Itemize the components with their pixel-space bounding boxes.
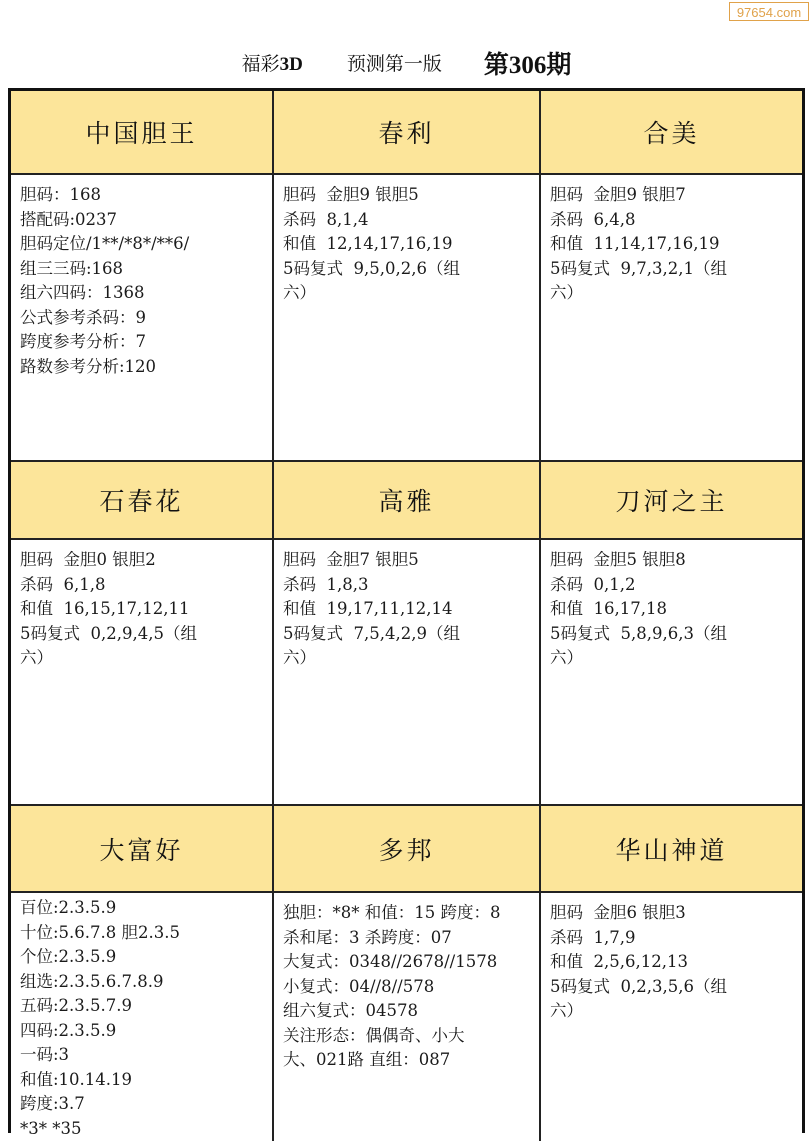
prediction-table: 中国胆王 春利 合美 胆码：168搭配码:0237胆码定位/1**/*8*/**…: [8, 88, 805, 1133]
expert-body: 胆码 金胆5 银胆8杀码 0,1,2和值 16,17,185码复式 5,8,9,…: [541, 540, 802, 806]
prediction-line: 六）: [550, 999, 794, 1024]
prediction-line: 和值 16,17,18: [550, 597, 794, 622]
prediction-line: 大复式：0348//2678//1578: [283, 950, 531, 975]
expert-body: 胆码 金胆9 银胆7杀码 6,4,8和值 11,14,17,16,195码复式 …: [541, 175, 802, 462]
prediction-line: 5码复式 9,7,3,2,1（组: [550, 257, 794, 282]
prediction-line: 路数参考分析:120: [20, 355, 264, 380]
expert-body: 胆码 金胆6 银胆3杀码 1,7,9和值 2,5,6,12,135码复式 0,2…: [541, 893, 802, 1141]
expert-body: 胆码 金胆0 银胆2杀码 6,1,8和值 16,15,17,12,115码复式 …: [11, 540, 274, 806]
prediction-line: 5码复式 7,5,4,2,9（组: [283, 622, 531, 647]
prediction-line: 一码:3: [20, 1043, 264, 1068]
expert-header: 多邦: [274, 806, 541, 893]
expert-header: 高雅: [274, 462, 541, 540]
expert-body: 独胆：*8* 和值：15 跨度：8杀和尾：3 杀跨度：07大复式：0348//2…: [274, 893, 541, 1141]
expert-body: 胆码：168搭配码:0237胆码定位/1**/*8*/**6/组三三码:168组…: [11, 175, 274, 462]
expert-body: 胆码 金胆9 银胆5杀码 8,1,4和值 12,14,17,16,195码复式 …: [274, 175, 541, 462]
prediction-line: 胆码：168: [20, 183, 264, 208]
prediction-line: 跨度参考分析：7: [20, 330, 264, 355]
prediction-line: 跨度:3.7: [20, 1092, 264, 1117]
watermark: 97654.com: [729, 2, 809, 21]
prediction-line: 杀码 0,1,2: [550, 573, 794, 598]
prediction-line: 和值 16,15,17,12,11: [20, 597, 264, 622]
title-edition: 预测第一版: [347, 49, 442, 76]
prediction-line: 组三三码:168: [20, 257, 264, 282]
title-game-suffix: 3D: [280, 54, 303, 75]
expert-header: 合美: [541, 91, 802, 175]
prediction-line: 杀码 1,8,3: [283, 573, 531, 598]
prediction-line: 大、021路 直组：087: [283, 1048, 531, 1073]
prediction-line: 杀码 6,4,8: [550, 208, 794, 233]
prediction-line: 和值:10.14.19: [20, 1068, 264, 1093]
prediction-line: 关注形态：偶偶奇、小大: [283, 1024, 531, 1049]
prediction-line: 5码复式 0,2,3,5,6（组: [550, 975, 794, 1000]
prediction-line: 组六四码：1368: [20, 281, 264, 306]
prediction-line: 5码复式 5,8,9,6,3（组: [550, 622, 794, 647]
prediction-line: 五码:2.3.5.7.9: [20, 994, 264, 1019]
title-game: 福彩3D: [242, 49, 303, 76]
prediction-line: 杀码 8,1,4: [283, 208, 531, 233]
expert-header: 石春花: [11, 462, 274, 540]
prediction-line: 四码:2.3.5.9: [20, 1019, 264, 1044]
prediction-line: 胆码定位/1**/*8*/**6/: [20, 232, 264, 257]
expert-body: 胆码 金胆7 银胆5杀码 1,8,3和值 19,17,11,12,145码复式 …: [274, 540, 541, 806]
prediction-line: 5码复式 0,2,9,4,5（组: [20, 622, 264, 647]
prediction-line: 和值 11,14,17,16,19: [550, 232, 794, 257]
prediction-line: 胆码 金胆9 银胆7: [550, 183, 794, 208]
prediction-line: 六）: [283, 281, 531, 306]
prediction-line: 5码复式 9,5,0,2,6（组: [283, 257, 531, 282]
prediction-line: 和值 12,14,17,16,19: [283, 232, 531, 257]
prediction-line: 公式参考杀码：9: [20, 306, 264, 331]
prediction-line: 杀码 1,7,9: [550, 926, 794, 951]
prediction-line: 六）: [550, 646, 794, 671]
prediction-line: 独胆：*8* 和值：15 跨度：8: [283, 901, 531, 926]
prediction-line: 胆码 金胆5 银胆8: [550, 548, 794, 573]
title-game-name: 福彩: [242, 49, 280, 76]
expert-body: 百位:2.3.5.9十位:5.6.7.8 胆2.3.5个位:2.3.5.9组选:…: [11, 893, 274, 1141]
prediction-line: 胆码 金胆6 银胆3: [550, 901, 794, 926]
page-title: 福彩3D 预测第一版 第306期: [8, 40, 805, 85]
expert-header: 中国胆王: [11, 91, 274, 175]
expert-header: 春利: [274, 91, 541, 175]
prediction-line: 个位:2.3.5.9: [20, 945, 264, 970]
expert-header: 大富好: [11, 806, 274, 893]
prediction-line: 十位:5.6.7.8 胆2.3.5: [20, 921, 264, 946]
prediction-line: 六）: [283, 646, 531, 671]
prediction-line: 六）: [20, 646, 264, 671]
prediction-line: 小复式：04//8//578: [283, 975, 531, 1000]
prediction-line: 组选:2.3.5.6.7.8.9: [20, 970, 264, 995]
expert-header: 刀河之主: [541, 462, 802, 540]
prediction-line: 胆码 金胆9 银胆5: [283, 183, 531, 208]
prediction-line: *3* *35: [20, 1117, 264, 1142]
expert-header: 华山神道: [541, 806, 802, 893]
prediction-line: 和值 2,5,6,12,13: [550, 950, 794, 975]
prediction-line: 杀码 6,1,8: [20, 573, 264, 598]
prediction-line: 六）: [550, 281, 794, 306]
prediction-line: 和值 19,17,11,12,14: [283, 597, 531, 622]
prediction-line: 杀和尾：3 杀跨度：07: [283, 926, 531, 951]
title-issue: 第306期: [484, 45, 572, 81]
prediction-line: 胆码 金胆7 银胆5: [283, 548, 531, 573]
prediction-line: 百位:2.3.5.9: [20, 896, 264, 921]
prediction-line: 组六复式：04578: [283, 999, 531, 1024]
prediction-line: 胆码 金胆0 银胆2: [20, 548, 264, 573]
prediction-line: 搭配码:0237: [20, 208, 264, 233]
